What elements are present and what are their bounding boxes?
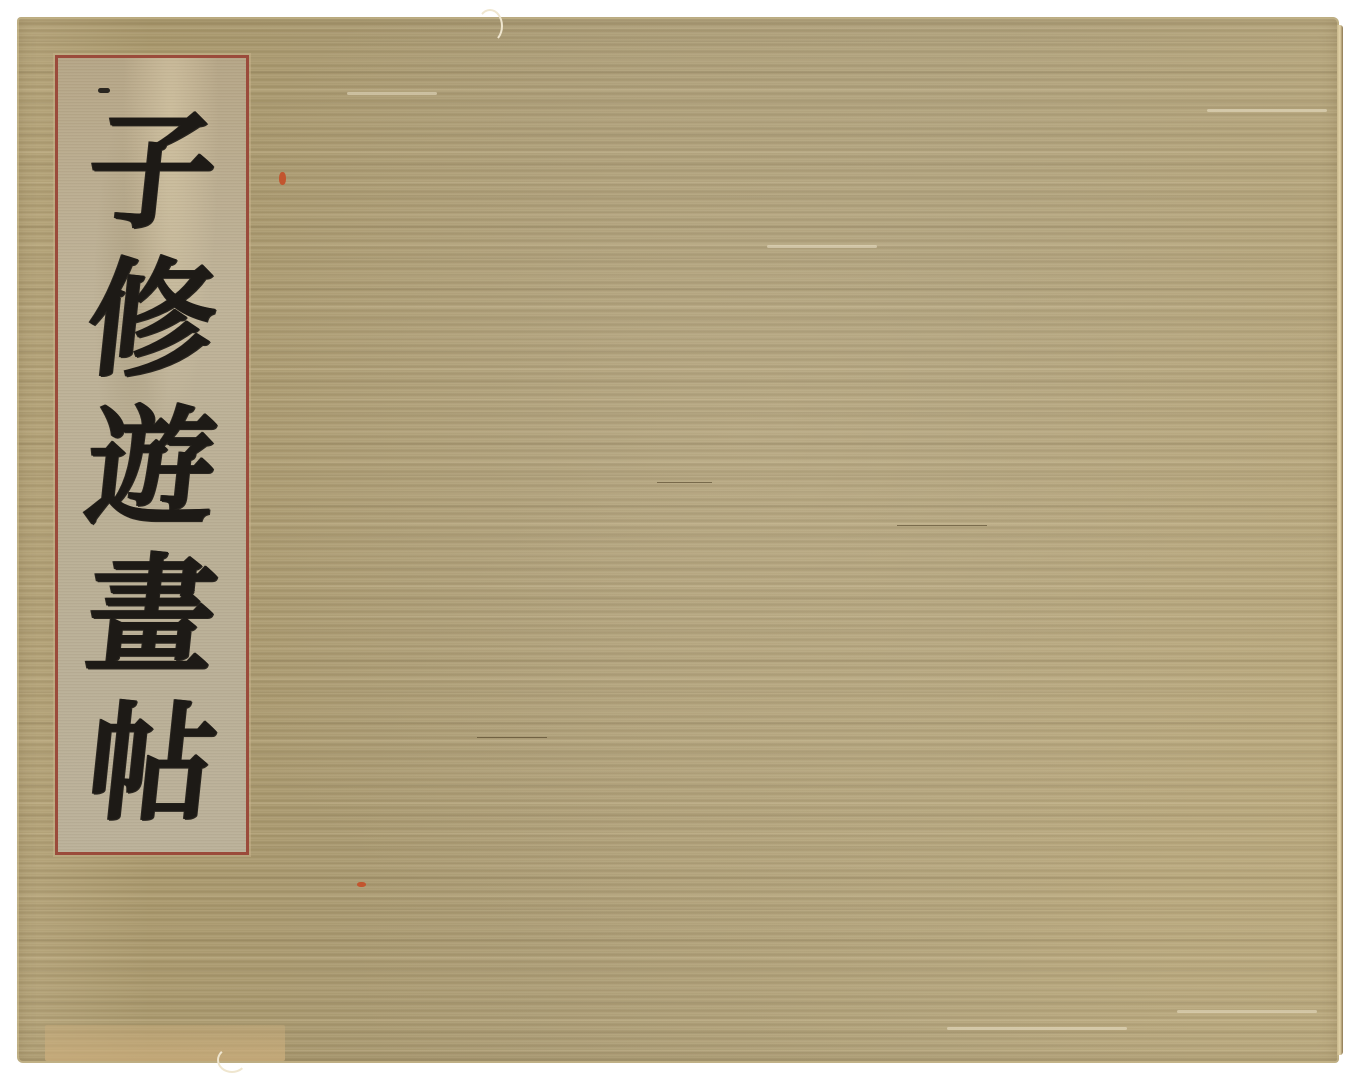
ink-mark bbox=[98, 88, 110, 93]
title-slip: 子 修 遊 畫 帖 bbox=[55, 55, 249, 855]
texture-crack bbox=[477, 737, 547, 738]
title-char-3: 遊 bbox=[80, 394, 224, 542]
title-char-4: 畫 bbox=[80, 542, 224, 690]
red-pigment-speck bbox=[357, 882, 366, 887]
texture-sheen bbox=[347, 92, 437, 95]
photo-stage: 子 修 遊 畫 帖 bbox=[0, 0, 1357, 1080]
texture-sheen bbox=[947, 1027, 1127, 1030]
worn-spine-band bbox=[45, 1025, 285, 1061]
page-edge bbox=[1337, 25, 1343, 1055]
binding-thread bbox=[477, 9, 503, 43]
title-char-2: 修 bbox=[80, 246, 224, 394]
title-text: 子 修 遊 畫 帖 bbox=[58, 98, 246, 838]
album-cover: 子 修 遊 畫 帖 bbox=[17, 17, 1339, 1063]
texture-sheen bbox=[767, 245, 877, 248]
red-pigment-speck bbox=[279, 172, 286, 185]
texture-sheen bbox=[1177, 1010, 1317, 1013]
texture-crack bbox=[897, 525, 987, 526]
binding-thread bbox=[217, 1047, 247, 1073]
texture-crack bbox=[657, 482, 712, 483]
title-char-1: 子 bbox=[80, 98, 224, 246]
title-char-5: 帖 bbox=[80, 690, 224, 838]
texture-sheen bbox=[1207, 109, 1327, 112]
